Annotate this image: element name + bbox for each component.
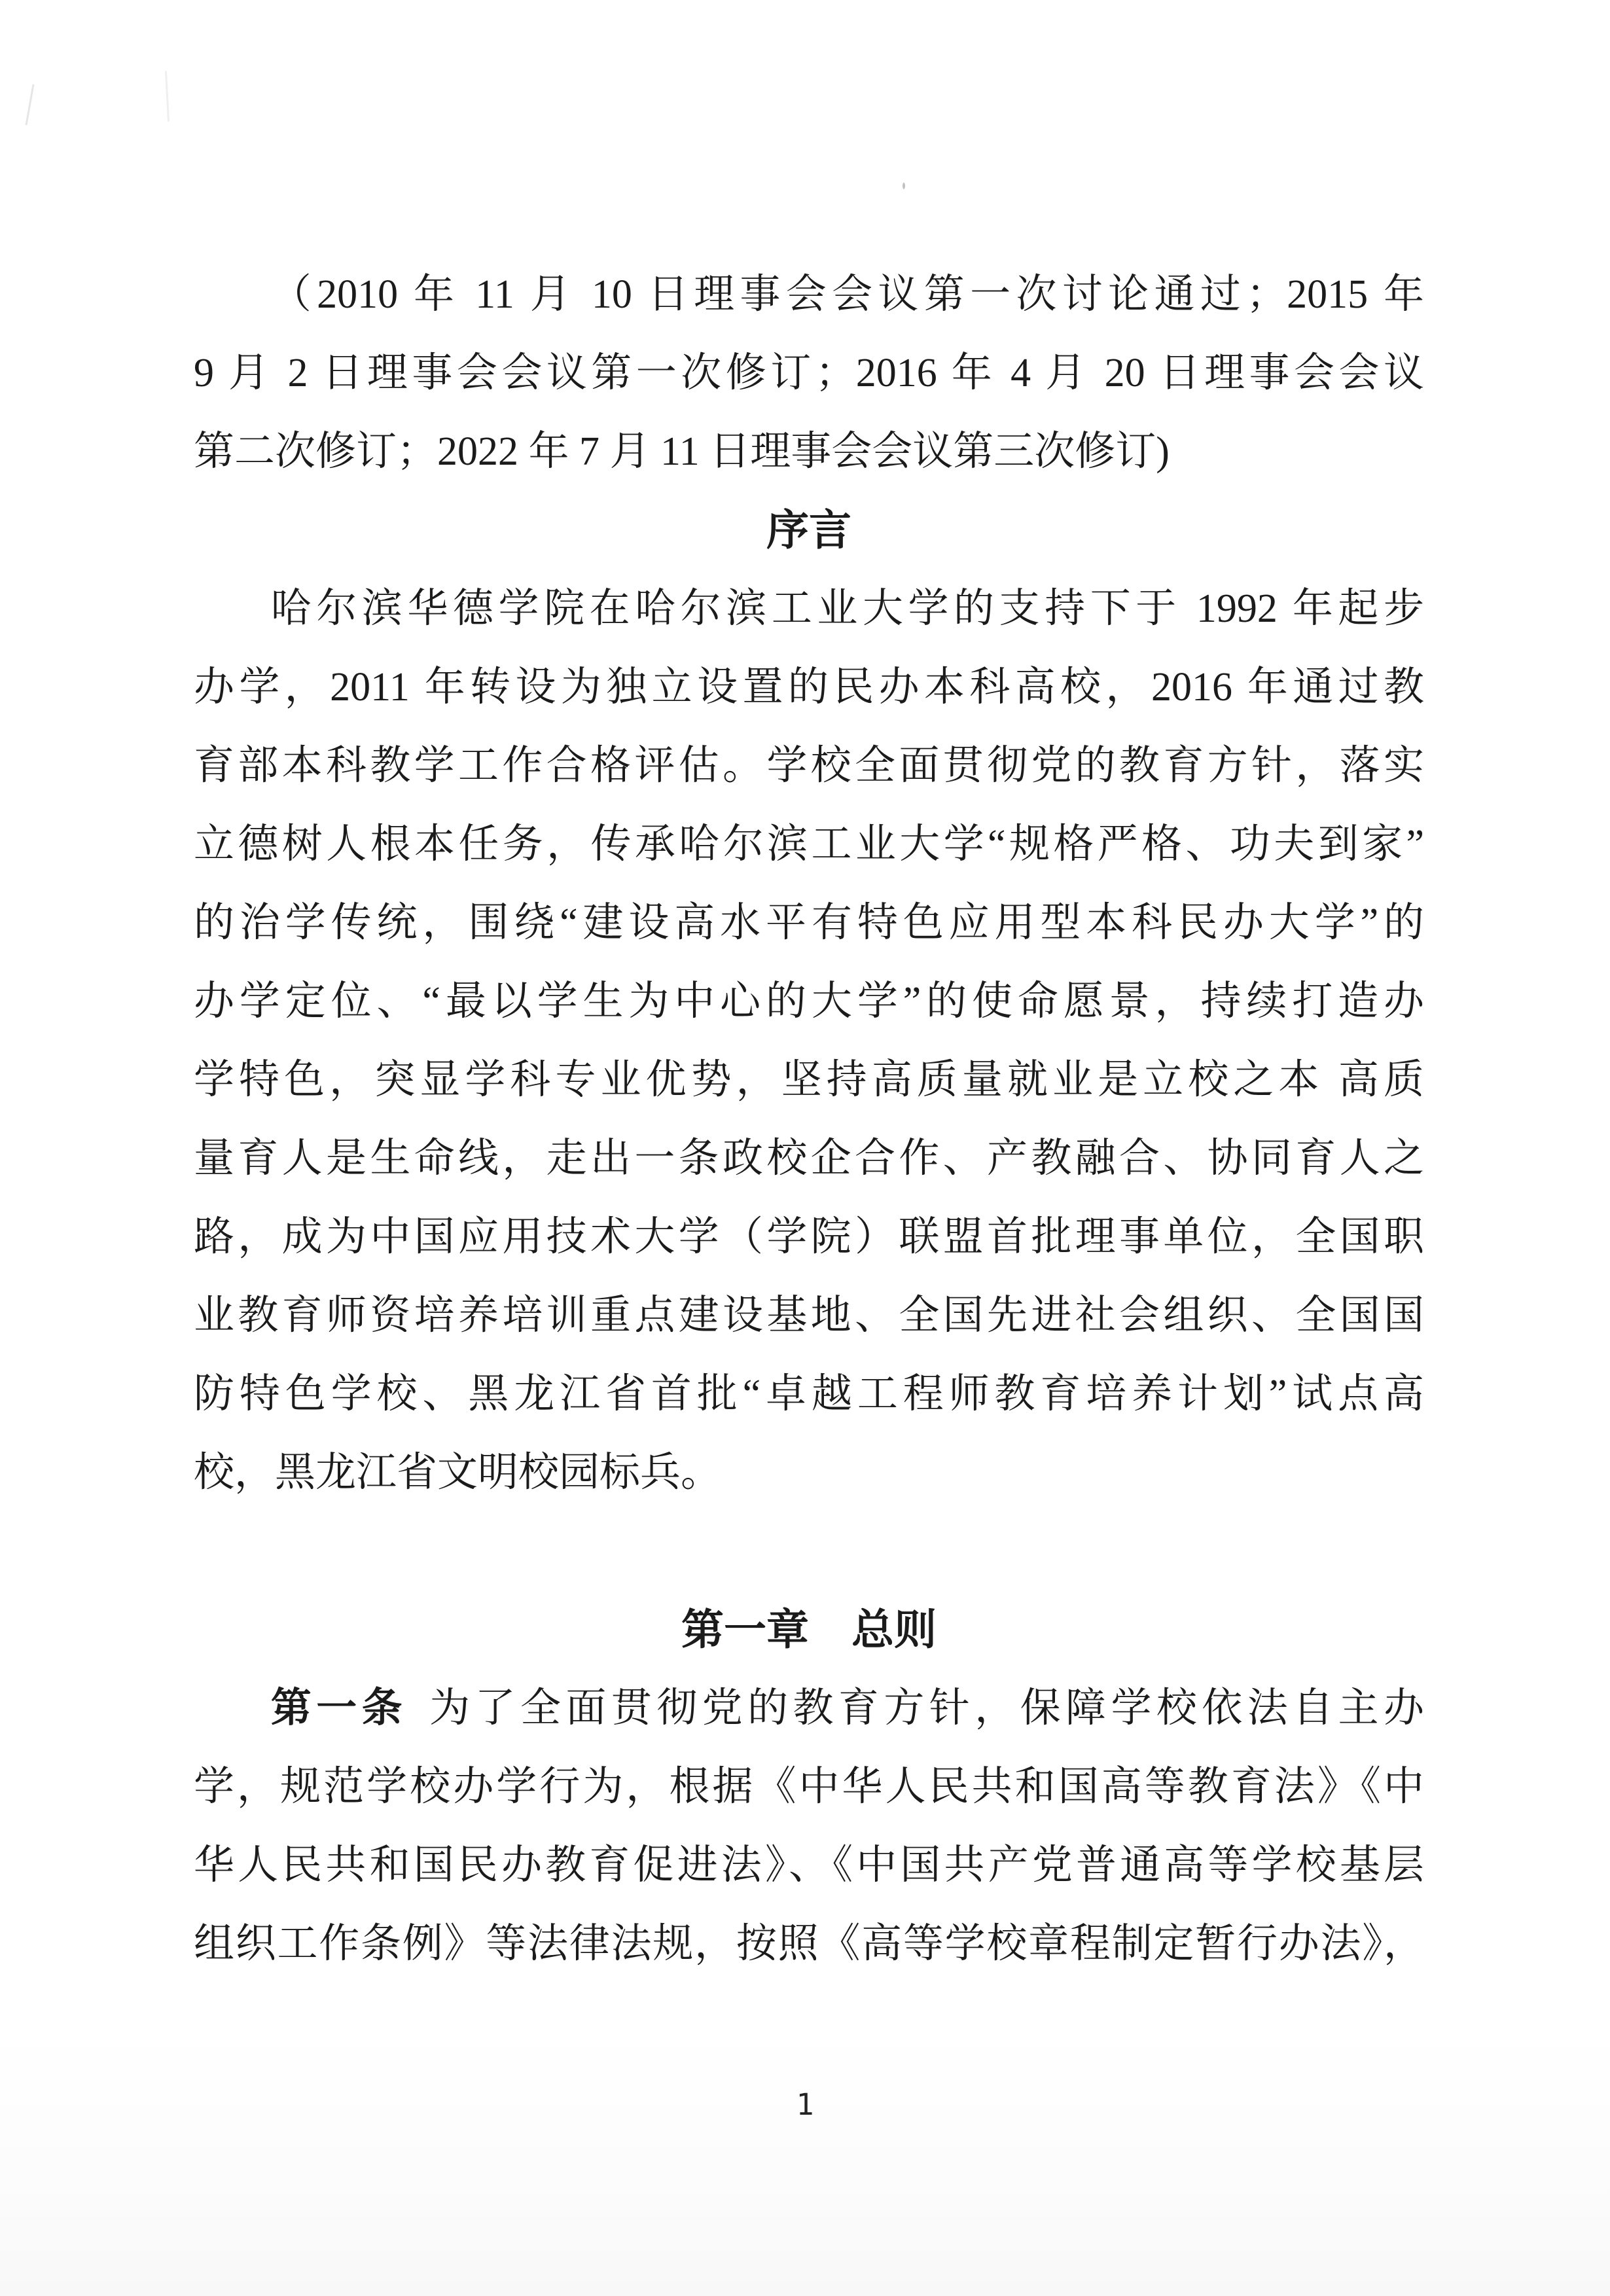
article-one-label: 第一条 [271, 1685, 407, 1731]
article-one-line: 组织工作条例》等法律法规，按照《高等学校章程制定暂行办法》， [194, 1905, 1424, 1983]
preface-line: 业教育师资培养培训重点建设基地、全国先进社会组织、全国国 [194, 1276, 1424, 1355]
scan-artifact [165, 71, 170, 122]
preface-line: 办学定位、“最以学生为中心的大学”的使命愿景，持续打造办 [194, 962, 1424, 1041]
blank-line [194, 1512, 1424, 1590]
article-one-first-line: 第一条为了全面贯彻党的教育方针，保障学校依法自主办 [194, 1669, 1424, 1748]
document-page: （2010 年 11 月 10 日理事会会议第一次讨论通过；2015 年 9 月… [0, 0, 1610, 2296]
article-one-line: 学，规范学校办学行为，根据《中华人民共和国高等教育法》《中 [194, 1748, 1424, 1826]
preface-line: 办学，2011 年转设为独立设置的民办本科高校，2016 年通过教 [194, 648, 1424, 726]
preface-line: 学特色，突显学科专业优势，坚持高质量就业是立校之本 高质 [194, 1041, 1424, 1119]
page-number: 1 [0, 2085, 1610, 2125]
scan-artifact [25, 84, 34, 126]
preface-line: 立德树人根本任务，传承哈尔滨工业大学“规格严格、功夫到家” [194, 805, 1424, 884]
text-block: （2010 年 11 月 10 日理事会会议第一次讨论通过；2015 年 9 月… [194, 255, 1424, 1983]
article-one-opening-text: 为了全面贯彻党的教育方针，保障学校依法自主办 [429, 1686, 1424, 1731]
preface-line: 路，成为中国应用技术大学（学院）联盟首批理事单位，全国职 [194, 1198, 1424, 1276]
preface-line: 防特色学校、黑龙江省首批“卓越工程师教育培养计划”试点高 [194, 1355, 1424, 1433]
preface-line: 的治学传统，围绕“建设高水平有特色应用型本科民办大学”的 [194, 884, 1424, 962]
preface-line: 育部本科教学工作合格评估。学校全面贯彻党的教育方针，落实 [194, 726, 1424, 805]
preface-line: 校，黑龙江省文明校园标兵。 [194, 1433, 1424, 1512]
revision-note-line: 第二次修订；2022 年 7 月 11 日理事会会议第三次修订) [194, 412, 1424, 491]
scan-artifact [903, 183, 905, 189]
preface-line: 哈尔滨华德学院在哈尔滨工业大学的支持下于 1992 年起步 [194, 569, 1424, 648]
preface-title: 序言 [194, 491, 1424, 569]
revision-note-line: （2010 年 11 月 10 日理事会会议第一次讨论通过；2015 年 [194, 255, 1424, 334]
article-one-line: 华人民共和国民办教育促进法》、《中国共产党普通高等学校基层 [194, 1826, 1424, 1905]
preface-line: 量育人是生命线，走出一条政校企合作、产教融合、协同育人之 [194, 1119, 1424, 1198]
chapter-one-title: 第一章 总则 [194, 1590, 1424, 1669]
revision-note-line: 9 月 2 日理事会会议第一次修订；2016 年 4 月 20 日理事会会议 [194, 334, 1424, 412]
